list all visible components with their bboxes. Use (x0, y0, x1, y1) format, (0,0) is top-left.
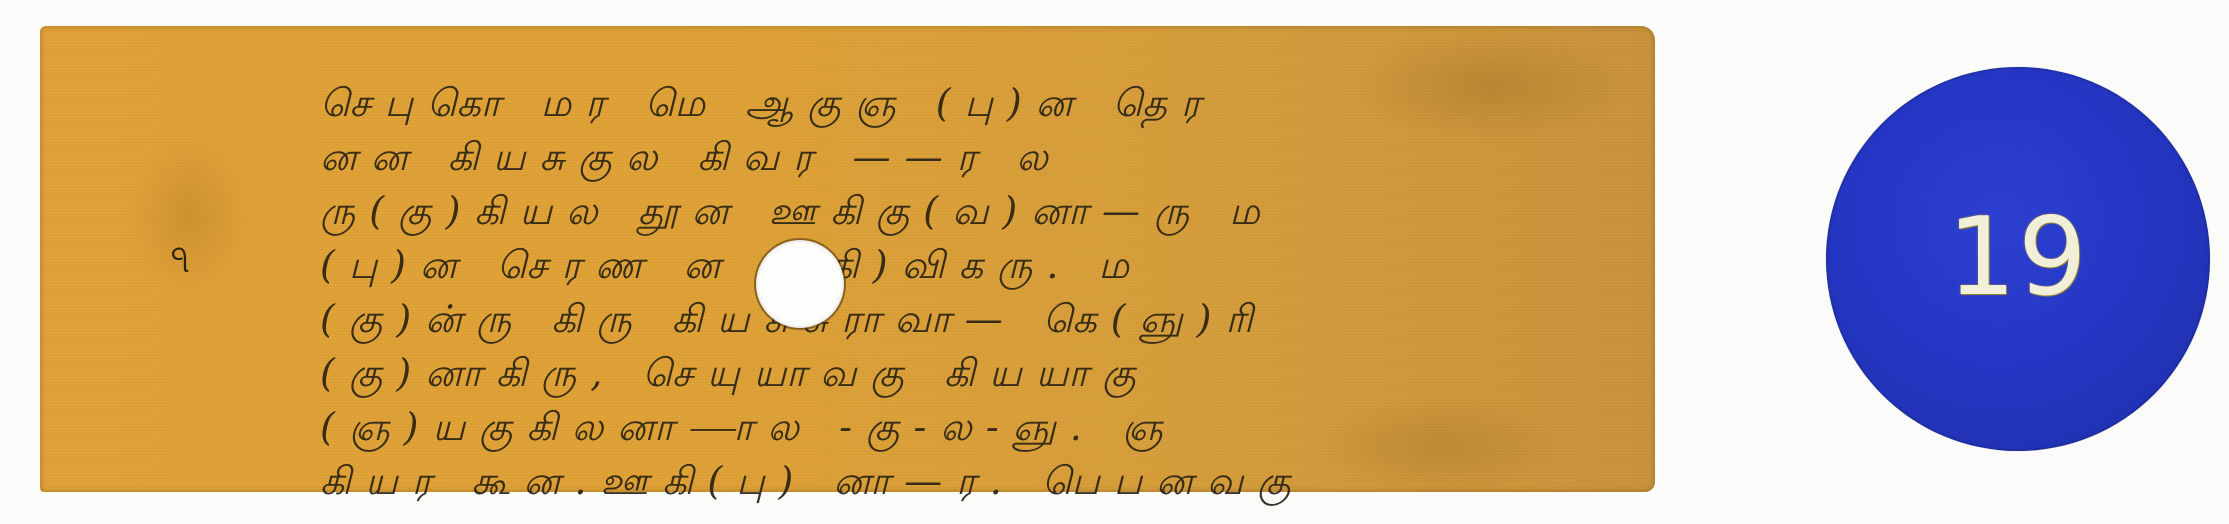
text-line-5: (கு)ன்ரு கிரு கியசுசுராவா— கெ(ஞு)ரி (320, 292, 1580, 346)
text-line-3: ரு(கு)கியல தூன ஊகிகு(வ)னா—ரு ம (320, 184, 1580, 238)
disc-number: 19 (1826, 195, 2210, 320)
text-line-8: கியர கூன.ஊகி(பு) னா—ர. பெபனவகு (320, 454, 1580, 508)
text-line-7: (ஞ)யகுகிலனா—ால -கு-ல-ஞு. ஞ (320, 400, 1580, 454)
manuscript-text: செபுகொ மர மெ ஆகுஞ (பு)ன தெர னன கியசுகுல … (320, 76, 1580, 508)
palm-leaf-manuscript: ঀ செபுகொ மர மெ ஆகுஞ (பு)ன தெர னன கியசுகு… (40, 26, 1655, 492)
text-line-1: செபுகொ மர மெ ஆகுஞ (பு)ன தெர (320, 76, 1580, 130)
string-hole (756, 240, 844, 328)
numbered-disc: 19 (1826, 67, 2210, 451)
text-line-4: (பு)ன செரண ன க(கி)விகரு. ம (320, 238, 1580, 292)
margin-mark: ঀ (170, 231, 190, 282)
text-line-2: னன கியசுகுல கிவர ——ர ல (320, 130, 1580, 184)
text-line-6: (கு)னாகிரு, செயுயாவகு கியயாகு (320, 346, 1580, 400)
